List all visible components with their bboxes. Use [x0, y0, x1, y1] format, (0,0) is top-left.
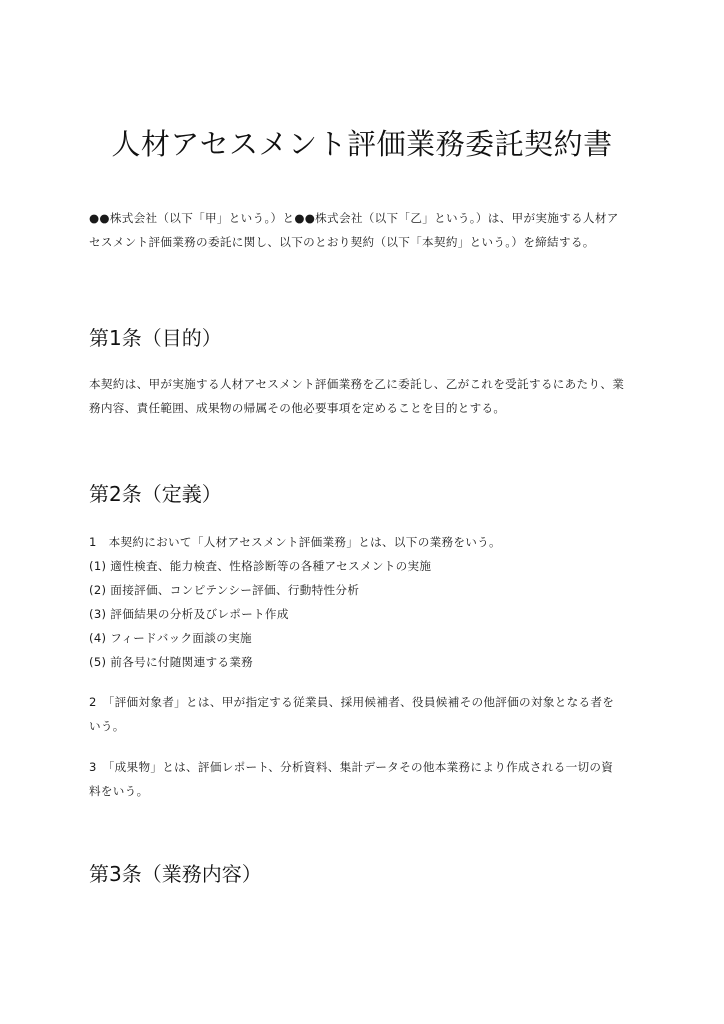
preamble-paragraph: ●●株式会社（以下「甲」という。）と●●株式会社（以下「乙」という。）は、甲が実…	[89, 206, 639, 254]
article-2-clause-1: 1 本契約において「人材アセスメント評価業務」とは、以下の業務をいう。	[89, 533, 501, 551]
article-1-paragraph: 本契約は、甲が実施する人材アセスメント評価業務を乙に委託し、乙がこれを受託するに…	[89, 372, 639, 420]
clause-3-line: 料をいう。	[89, 779, 639, 803]
definition-list-item: (5) 前各号に付随関連する業務	[89, 653, 253, 671]
article-2-clause-3: 3 「成果物」とは、評価レポート、分析資料、集計データその他本業務により作成され…	[89, 755, 639, 803]
definition-list-item: (1) 適性検査、能力検査、性格診断等の各種アセスメントの実施	[89, 557, 431, 575]
clause-3-line: 3 「成果物」とは、評価レポート、分析資料、集計データその他本業務により作成され…	[89, 755, 639, 779]
clause-2-line: いう。	[89, 714, 639, 738]
definition-list-item: (3) 評価結果の分析及びレポート作成	[89, 605, 289, 623]
document-title: 人材アセスメント評価業務委託契約書	[0, 124, 724, 164]
preamble-line: ●●株式会社（以下「甲」という。）と●●株式会社（以下「乙」という。）は、甲が実…	[89, 206, 639, 230]
document-page: 人材アセスメント評価業務委託契約書 ●●株式会社（以下「甲」という。）と●●株式…	[0, 0, 724, 1024]
article-2-clause-2: 2 「評価対象者」とは、甲が指定する従業員、採用候補者、役員候補その他評価の対象…	[89, 690, 639, 738]
article-1-heading: 第1条（目的）	[89, 324, 222, 352]
definition-list-item: (2) 面接評価、コンピテンシー評価、行動特性分析	[89, 581, 359, 599]
preamble-line: セスメント評価業務の委託に関し、以下のとおり契約（以下「本契約」という。）を締結…	[89, 230, 639, 254]
definition-list-item: (4) フィードバック面談の実施	[89, 629, 252, 647]
clause-2-line: 2 「評価対象者」とは、甲が指定する従業員、採用候補者、役員候補その他評価の対象…	[89, 690, 639, 714]
article-1-line: 本契約は、甲が実施する人材アセスメント評価業務を乙に委託し、乙がこれを受託するに…	[89, 372, 639, 396]
article-2-heading: 第2条（定義）	[89, 480, 222, 508]
article-1-line: 務内容、責任範囲、成果物の帰属その他必要事項を定めることを目的とする。	[89, 396, 639, 420]
article-3-heading: 第3条（業務内容）	[89, 860, 262, 888]
